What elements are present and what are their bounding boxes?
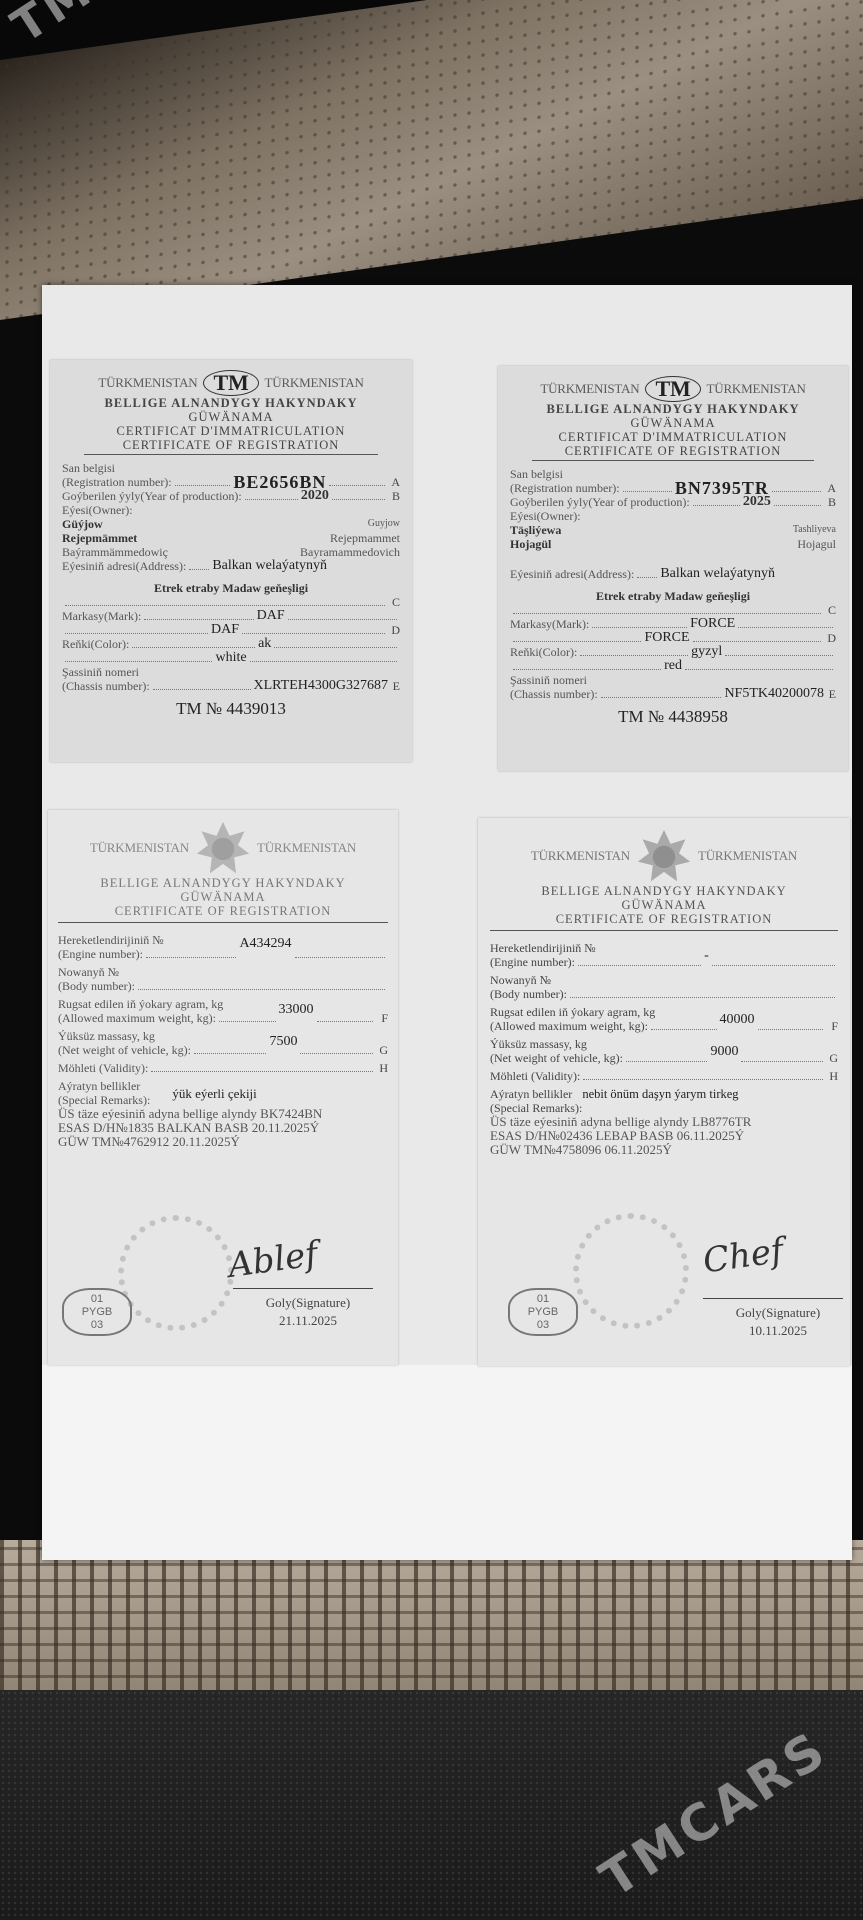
- chassis-row: (Chassis number): XLRTEH4300G327687 E: [62, 679, 400, 693]
- validity-row: Möhleti (Validity): H: [490, 1069, 838, 1083]
- signature: Ablef: [226, 1234, 321, 1286]
- registration-number-row: (Registration number): BE2656BN A: [62, 475, 400, 489]
- signature-line: [233, 1288, 373, 1289]
- divider: [58, 922, 388, 923]
- address-row: Eýesiniň adresi(Address): Balkan welaýat…: [62, 559, 400, 573]
- pygb-stamp-icon: 01PYGB03: [62, 1288, 132, 1336]
- certificate-front-1: TÜRKMENISTAN TM TÜRKMENISTAN BELLIGE ALN…: [50, 360, 412, 762]
- tm-logo-icon: TM: [203, 370, 258, 396]
- color-row: Reňki(Color): ak: [62, 637, 400, 651]
- registration-number: BN7395TR: [675, 481, 769, 495]
- signature-date: 21.11.2025: [238, 1313, 378, 1329]
- year-row: Goýberilen ýyly(Year of production): 202…: [62, 489, 400, 503]
- state-emblem-icon: [195, 820, 251, 876]
- tm-serial-number: TM № 4439013: [62, 699, 400, 719]
- card-header: TÜRKMENISTAN TM TÜRKMENISTAN: [510, 376, 836, 402]
- year-row: Goýberilen ýyly(Year of production): 202…: [510, 495, 836, 509]
- tm-logo-icon: TM: [645, 376, 700, 402]
- card-header: TÜRKMENISTAN TÜRKMENISTAN: [58, 820, 388, 876]
- validity-row: Möhleti (Validity): H: [58, 1061, 388, 1075]
- seat-fabric-bottom: [0, 1540, 863, 1710]
- chassis-row: (Chassis number): NF5TK40200078 E: [510, 687, 836, 701]
- card-header: TÜRKMENISTAN TM TÜRKMENISTAN: [62, 370, 400, 396]
- address-row: Eýesiniň adresi(Address): Balkan welaýat…: [510, 567, 836, 581]
- remarks-row: (Special Remarks): ýük eýerli çekiji: [58, 1093, 388, 1107]
- divider: [84, 454, 378, 455]
- card-header: TÜRKMENISTAN TÜRKMENISTAN: [490, 828, 838, 884]
- signature-label: Goly(Signature): [718, 1305, 838, 1321]
- certificate-back-2: TÜRKMENISTAN TÜRKMENISTAN BELLIGE ALNAND…: [478, 818, 850, 1366]
- mark-row: Markasy(Mark): FORCE: [510, 617, 836, 631]
- max-weight-row: (Allowed maximum weight, kg): 33000 F: [58, 1011, 388, 1025]
- mark-row: Markasy(Mark): DAF: [62, 609, 400, 623]
- divider: [532, 460, 814, 461]
- seat-fabric-top: [0, 0, 863, 320]
- certificate-front-2: TÜRKMENISTAN TM TÜRKMENISTAN BELLIGE ALN…: [498, 366, 848, 771]
- tm-serial-number: TM № 4438958: [510, 707, 836, 727]
- color-row: Reňki(Color): gyzyl: [510, 645, 836, 659]
- body-number-row: (Body number):: [58, 979, 388, 993]
- engine-number-row: (Engine number): A434294: [58, 947, 388, 961]
- max-weight-row: (Allowed maximum weight, kg): 40000 F: [490, 1019, 838, 1033]
- net-weight-row: (Net weight of vehicle, kg): 9000 G: [490, 1051, 838, 1065]
- signature: Chef: [701, 1231, 786, 1282]
- signature-line: [703, 1298, 843, 1299]
- official-seal-icon: [118, 1215, 234, 1331]
- signature-date: 10.11.2025: [718, 1323, 838, 1339]
- paper-blank-area: [42, 1365, 852, 1560]
- registration-number: BE2656BN: [233, 475, 326, 489]
- official-seal-icon: [573, 1213, 689, 1329]
- pygb-stamp-icon: 01PYGB03: [508, 1288, 578, 1336]
- certificate-back-1: TÜRKMENISTAN TÜRKMENISTAN BELLIGE ALNAND…: [48, 810, 398, 1365]
- engine-number-row: (Engine number): -: [490, 955, 838, 969]
- net-weight-row: (Net weight of vehicle, kg): 7500 G: [58, 1043, 388, 1057]
- state-emblem-icon: [636, 828, 692, 884]
- registration-number-row: (Registration number): BN7395TR A: [510, 481, 836, 495]
- signature-label: Goly(Signature): [238, 1295, 378, 1311]
- divider: [490, 930, 838, 931]
- body-number-row: (Body number):: [490, 987, 838, 1001]
